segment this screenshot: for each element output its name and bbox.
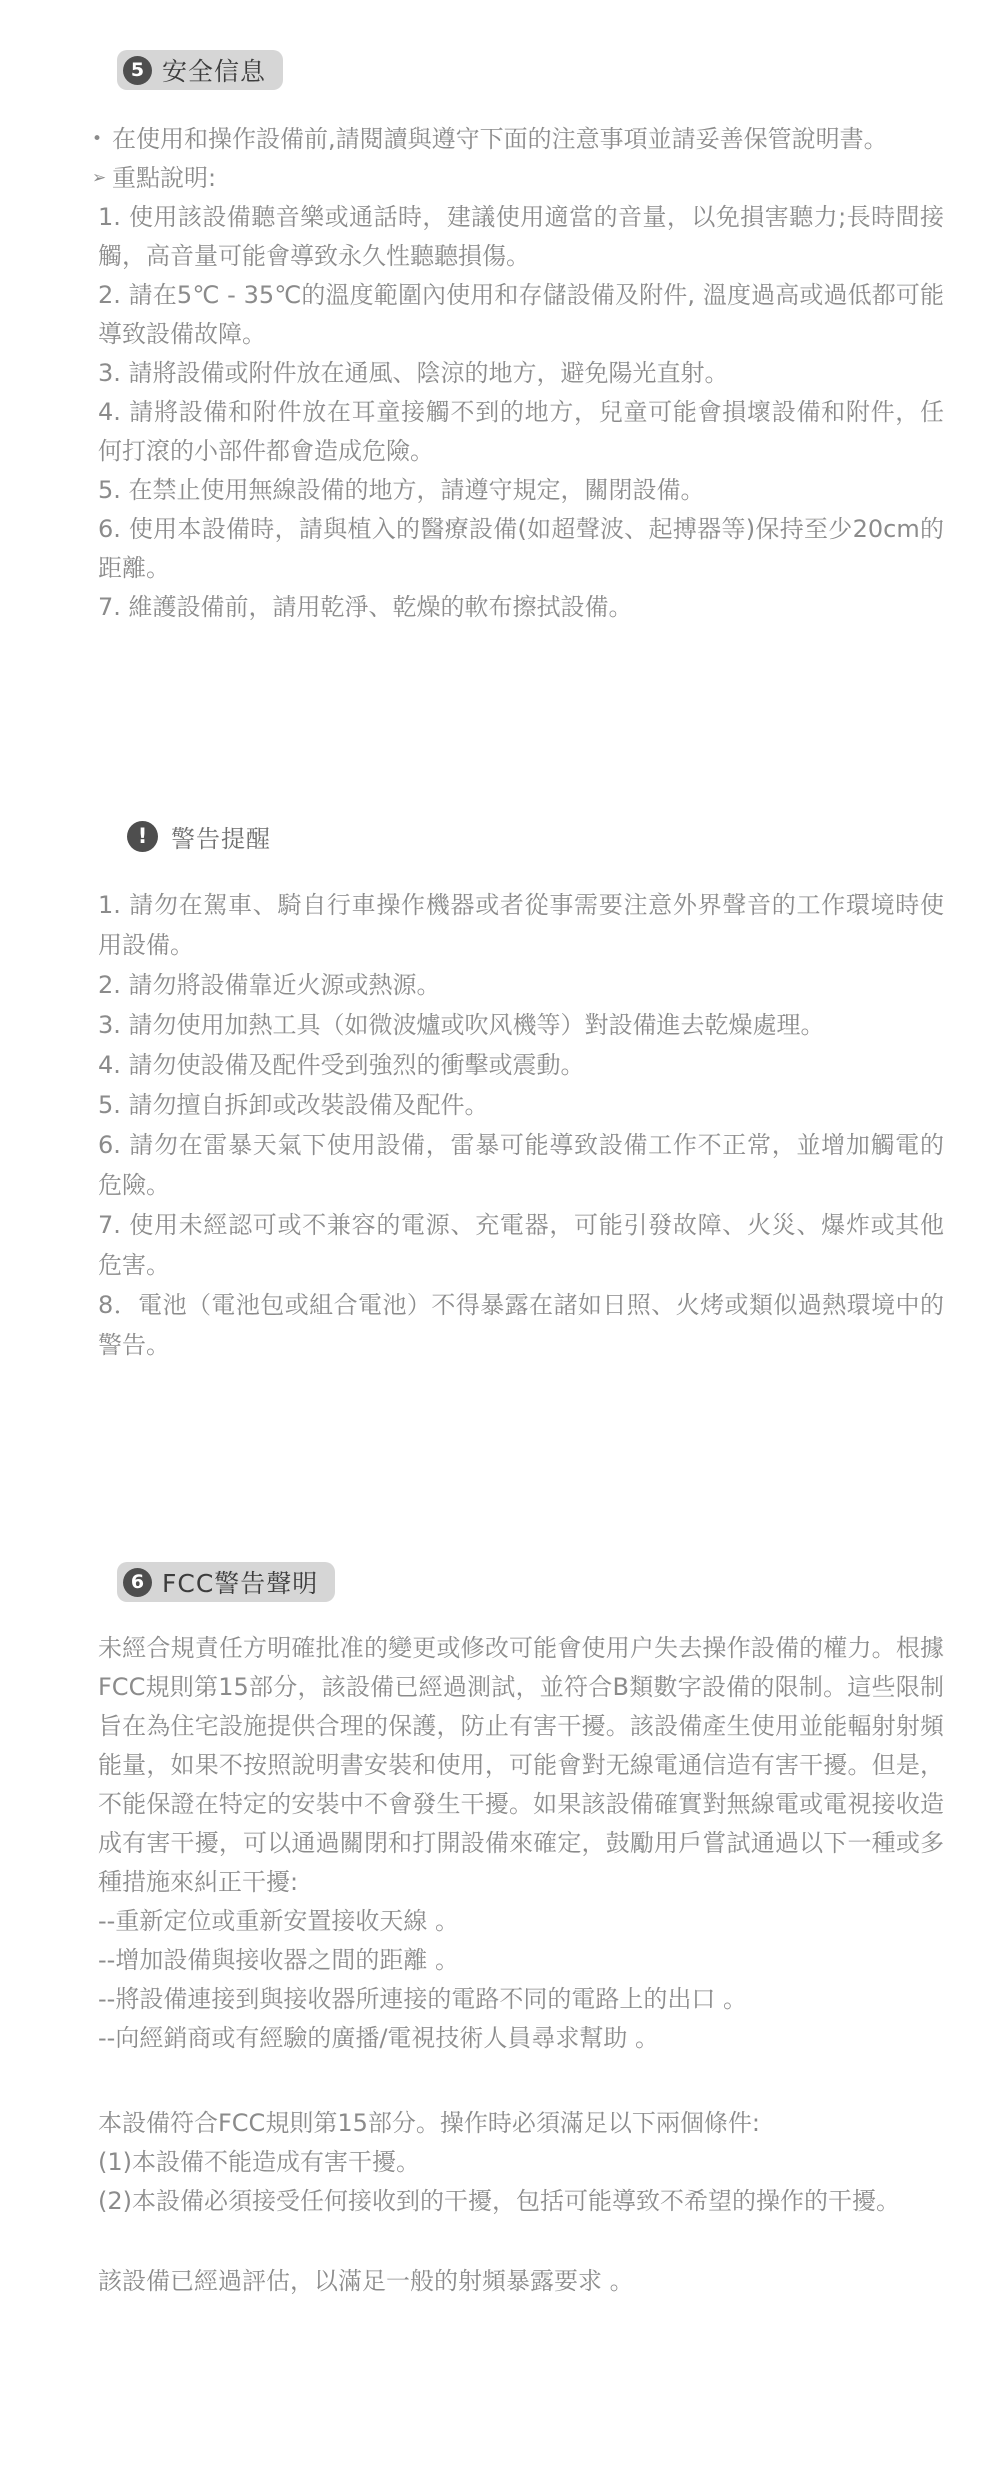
warning-item-8: 8．電池（電池包或組合電池）不得暴露在諸如日照、火烤或類似過熱環境中的警告。 [98,1285,944,1365]
section-safety-info: 5 安全信息 • 在使用和操作設備前,請閱讀與遵守下面的注意事項並請妥善保管說明… [98,50,944,627]
warning-item-1: 1. 請勿在駕車、騎自行車操作機器或者從事需要注意外界聲音的工作環境時使用設備。 [98,885,944,965]
warning-item-6: 6. 請勿在雷暴天氣下使用設備，雷暴可能導致設備工作不正常，並增加觸電的危險。 [98,1125,944,1205]
fcc-measure-4: --向經銷商或有經驗的廣播/電視技術人員尋求幫助 。 [98,2019,944,2058]
section-warning-reminder: ! 警告提醒 1. 請勿在駕車、騎自行車操作機器或者從事需要注意外界聲音的工作環… [98,818,944,1365]
safety-subheading-text: 重點說明: [112,159,944,198]
safety-item-4: 4. 請將設備和附件放在耳童接觸不到的地方，兒童可能會損壞設備和附件，任何打滾的… [98,393,944,471]
fcc-measure-1: --重新定位或重新安置接收天線 。 [98,1902,944,1941]
warning-item-2: 2. 請勿將設備靠近火源或熱源。 [98,965,944,1005]
bullet-icon: • [92,120,112,159]
safety-intro-text: 在使用和操作設備前,請閱讀與遵守下面的注意事項並請妥善保管說明書。 [112,120,944,159]
warning-text-block: 1. 請勿在駕車、騎自行車操作機器或者從事需要注意外界聲音的工作環境時使用設備。… [98,885,944,1365]
safety-intro-line: • 在使用和操作設備前,請閱讀與遵守下面的注意事項並請妥善保管說明書。 [98,120,944,159]
fcc-paragraph-1: 未經合規責任方明確批准的變更或修改可能會使用户失去操作設備的權力。根據FCC規則… [98,1629,944,1902]
section-number-5-icon: 5 [123,56,152,85]
warning-item-3: 3. 請勿使用加熱工具（如微波爐或吹风機等）對設備進去乾燥處理。 [98,1005,944,1045]
safety-item-3: 3. 請將設備或附件放在通風、陰涼的地方，避免陽光直射。 [98,354,944,393]
warning-item-7: 7. 使用未經認可或不兼容的電源、充電器，可能引發故障、火災、爆炸或其他危害。 [98,1205,944,1285]
fcc-text-block: 未經合規責任方明確批准的變更或修改可能會使用户失去操作設備的權力。根據FCC規則… [98,1629,944,2301]
safety-text-block: • 在使用和操作設備前,請閱讀與遵守下面的注意事項並請妥善保管說明書。 ➢ 重點… [98,120,944,627]
warning-item-5: 5. 請勿擅自拆卸或改裝設備及配件。 [98,1085,944,1125]
safety-item-6: 6. 使用本設備時，請與植入的醫療設備(如超聲波、起搏器等)保持至少20cm的距… [98,510,944,588]
fcc-section-title: FCC警告聲明 [162,1564,318,1600]
fcc-condition-2: (2)本設備必須接受任何接收到的干擾，包括可能導致不希望的操作的干擾。 [98,2182,944,2221]
warning-item-4: 4. 請勿使設備及配件受到強烈的衝擊或震動。 [98,1045,944,1085]
fcc-section-badge: 6 FCC警告聲明 [117,1562,335,1602]
fcc-paragraph-2: 本設備符合FCC規則第15部分。操作時必須滿足以下兩個條件: [98,2104,944,2143]
section-number-6-icon: 6 [123,1568,152,1597]
safety-item-5: 5. 在禁止使用無線設備的地方，請遵守規定，關閉設備。 [98,471,944,510]
fcc-measure-3: --將設備連接到與接收器所連接的電路不同的電路上的出口 。 [98,1980,944,2019]
fcc-measure-2: --增加設備與接收器之間的距離 。 [98,1941,944,1980]
warning-title: 警告提醒 [171,819,271,854]
safety-subheading-line: ➢ 重點說明: [98,159,944,198]
safety-section-title: 安全信息 [162,52,266,88]
safety-item-2: 2. 請在5℃ - 35℃的溫度範圍內使用和存儲設備及附件, 溫度過高或過低都可… [98,276,944,354]
fcc-condition-1: (1)本設備不能造成有害干擾。 [98,2143,944,2182]
warning-title-row: ! 警告提醒 [127,818,944,854]
manual-page: 5 安全信息 • 在使用和操作設備前,請閱讀與遵守下面的注意事項並請妥善保管說明… [0,0,1000,2475]
section-fcc-statement: 6 FCC警告聲明 未經合規責任方明確批准的變更或修改可能會使用户失去操作設備的… [98,1562,944,2301]
exclamation-icon: ! [127,821,158,852]
safety-item-7: 7. 維護設備前，請用乾淨、乾燥的軟布擦拭設備。 [98,588,944,627]
arrowhead-icon: ➢ [92,159,112,198]
safety-item-1: 1. 使用該設備聽音樂或通話時，建議使用適當的音量，以免損害聽力;長時間接觸，高… [98,198,944,276]
fcc-paragraph-3: 該設備已經過評估，以滿足一般的射頻暴露要求 。 [98,2262,944,2301]
safety-section-badge: 5 安全信息 [117,50,283,90]
